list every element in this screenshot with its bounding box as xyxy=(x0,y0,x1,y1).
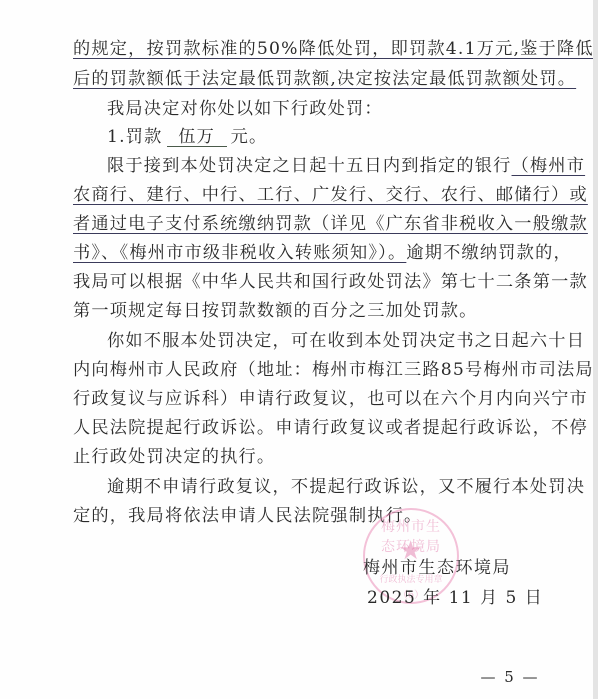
text-line: 你如不服本处罚决定，可在收到本处罚决定书之日起六十日 xyxy=(73,330,528,352)
text-line: 我局可以根据《中华人民共和国行政处罚法》第七十二条第一款 xyxy=(73,271,528,293)
text-line: 行政复议与应诉科）申请行政复议，也可以在六个月内向兴宁市 xyxy=(73,388,528,410)
penalty-amount: 伍万 xyxy=(167,128,227,147)
page-edge xyxy=(593,0,598,699)
text-line: 人民法院提起行政诉讼。申请行政复议或者提起行政诉讼，不停 xyxy=(73,417,528,439)
bank-list: 农商行、建行、中行、工行、广发行、交行、农行、邮储行）或 xyxy=(73,184,528,206)
text-line: 定的，我局将依法申请人民法院强制执行。 xyxy=(73,505,528,527)
payment-notice-reference: 书》、《梅州市市级非税收入转账须知》）。 xyxy=(73,243,406,263)
issuer-name: 梅州市生态环境局 xyxy=(363,553,511,578)
text-line: 书》、《梅州市市级非税收入转账须知》）。逾期不缴纳罚款的， xyxy=(73,242,528,264)
text-line: 限于接到本处罚决定之日起十五日内到指定的银行（梅州市 xyxy=(73,155,528,177)
text-line: 的规定，按罚款标准的50%降低处罚，即罚款4.1万元,鉴于降低 xyxy=(73,38,528,60)
text-line: 逾期不申请行政复议，不提起行政诉讼，又不履行本处罚决 xyxy=(73,476,528,498)
payment-deadline-text: 限于接到本处罚决定之日起十五日内到指定的银行 xyxy=(107,156,512,176)
payment-method: 者通过电子支付系统缴纳罚款（详见《广东省非税收入一般缴款 xyxy=(73,213,528,235)
document-page: 的规定，按罚款标准的50%降低处罚，即罚款4.1万元,鉴于降低 后的罚款额低于法… xyxy=(0,0,593,699)
text-line: 止行政处罚决定的执行。 xyxy=(73,446,528,468)
decision-intro: 我局决定对你处以如下行政处罚： xyxy=(73,98,528,120)
issue-date: 2025 年 11 月 5 日 xyxy=(367,583,543,608)
penalty-prefix: 1.罚款 xyxy=(107,127,163,147)
text-line: 内向梅州市人民政府（地址：梅州市梅江三路85号梅州市司法局 xyxy=(73,359,528,381)
penalty-item: 1.罚款伍万元。 xyxy=(73,126,528,148)
penalty-suffix: 元。 xyxy=(231,127,268,147)
text-line: 后的罚款额低于法定最低罚款额,决定按法定最低罚款额处罚。 xyxy=(73,68,528,90)
late-payment-text: 逾期不缴纳罚款的， xyxy=(406,243,572,263)
bank-list-start: （梅州市 xyxy=(512,156,586,176)
text-line: 第一项规定每日按罚款数额的百分之三加处罚款。 xyxy=(73,300,528,322)
page-number: — 5 — xyxy=(478,668,542,686)
